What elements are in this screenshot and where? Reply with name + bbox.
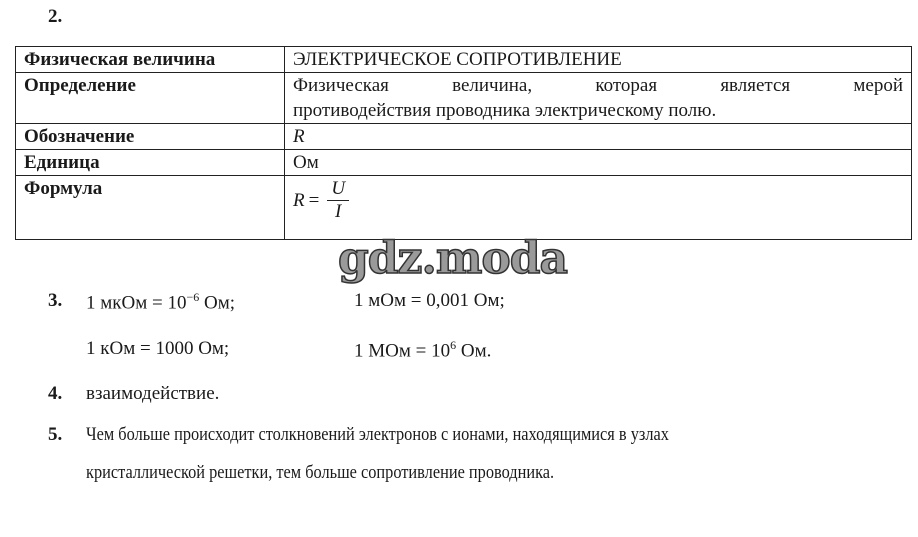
task-4-number: 4. <box>48 383 62 404</box>
formula-lhs: R <box>293 188 305 213</box>
word: мерой <box>853 73 903 98</box>
row-value: Ом <box>285 150 912 176</box>
row-value: ЭЛЕКТРИЧЕСКОЕ СОПРОТИВЛЕНИЕ <box>285 47 912 73</box>
watermark-logo: gdz.moda <box>338 233 567 284</box>
definition-line-2: противодействия проводника электрическом… <box>293 98 903 123</box>
fraction: U I <box>327 178 349 223</box>
conv-text: Ом. <box>456 340 491 361</box>
row-label: Формула <box>16 176 285 240</box>
definition-line-1: Физическая величина, которая является ме… <box>293 73 903 98</box>
task-5-number: 5. <box>48 424 62 445</box>
formula-eq: = <box>309 188 320 213</box>
table-row: Определение Физическая величина, которая… <box>16 73 912 124</box>
numerator: U <box>327 178 349 201</box>
conv-exp: −6 <box>186 290 199 304</box>
conv-text: Ом; <box>199 292 235 313</box>
row-value-definition: Физическая величина, которая является ме… <box>285 73 912 124</box>
task-5-line-2: кристаллической решетки, тем больше сопр… <box>86 462 554 484</box>
table-row: Единица Ом <box>16 150 912 176</box>
conversion-4: 1 МОм = 106 Ом. <box>354 338 491 362</box>
word: которая <box>595 73 657 98</box>
conversion-2: 1 мОм = 0,001 Ом; <box>354 290 505 312</box>
task-3: 3. <box>48 290 62 312</box>
conv-text: 1 мОм = 0,001 Ом; <box>354 290 505 311</box>
conv-text: 1 МОм = 10 <box>354 340 450 361</box>
row-label: Определение <box>16 73 285 124</box>
task-4-answer: взаимодействие. <box>86 383 219 405</box>
conv-text: 1 мкОм = 10 <box>86 292 186 313</box>
word: является <box>720 73 790 98</box>
definition-table: Физическая величина ЭЛЕКТРИЧЕСКОЕ СОПРОТ… <box>15 46 912 240</box>
table-row: Обозначение R <box>16 124 912 150</box>
task-5: 5. <box>48 424 62 446</box>
denominator: I <box>335 201 341 223</box>
task-5-line-1: Чем больше происходит столкновений элект… <box>86 424 669 446</box>
table-row: Формула R = U I <box>16 176 912 240</box>
task-2-number: 2. <box>48 6 62 28</box>
task-4: 4. <box>48 383 62 405</box>
word: Физическая <box>293 73 389 98</box>
row-value: R <box>285 124 912 150</box>
row-label: Единица <box>16 150 285 176</box>
conversion-1: 1 мкОм = 10−6 Ом; <box>86 290 235 314</box>
word: величина, <box>452 73 532 98</box>
formula: R = U I <box>293 178 349 223</box>
table-row: Физическая величина ЭЛЕКТРИЧЕСКОЕ СОПРОТ… <box>16 47 912 73</box>
row-label: Физическая величина <box>16 47 285 73</box>
row-label: Обозначение <box>16 124 285 150</box>
conversion-3: 1 кОм = 1000 Ом; <box>86 338 229 360</box>
task-3-number: 3. <box>48 290 62 311</box>
row-value-formula: R = U I <box>285 176 912 240</box>
conv-text: 1 кОм = 1000 Ом; <box>86 338 229 359</box>
